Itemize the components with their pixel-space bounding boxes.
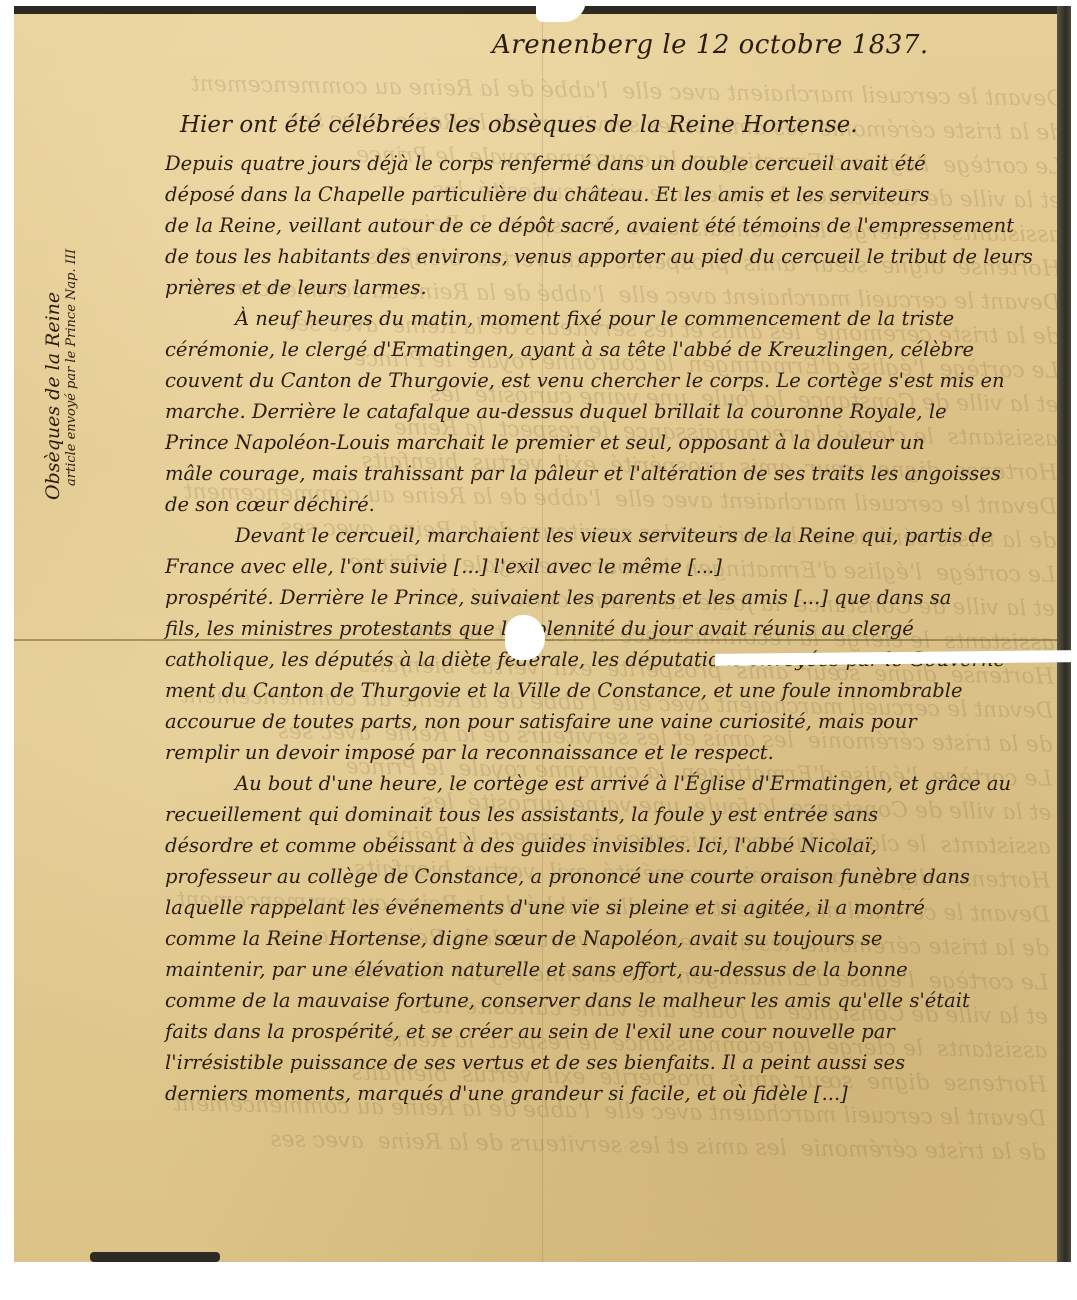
manuscript-line: de tous les habitants des environs, venu… [165, 241, 1045, 272]
paper-hole [505, 615, 545, 660]
manuscript-line: recueillement qui dominait tous les assi… [165, 799, 1045, 830]
manuscript-line: Au bout d'une heure, le cortège est arri… [165, 768, 1045, 799]
dateline: Arenenberg le 12 octobre 1837. [492, 30, 929, 60]
manuscript-line: laquelle rappelant les événements d'une … [165, 892, 1045, 923]
letter-body: Depuis quatre jours déjà le corps renfer… [165, 148, 1045, 1109]
manuscript-line: de son cœur déchiré. [165, 489, 1045, 520]
margin-note-subtitle: article envoyé par le Prince Nap. III [64, 249, 79, 486]
manuscript-line: prières et de leurs larmes. [165, 272, 1045, 303]
manuscript-line: couvent du Canton de Thurgovie, est venu… [165, 365, 1045, 396]
manuscript-line: ment du Canton de Thurgovie et la Ville … [165, 675, 1045, 706]
manuscript-line: l'irrésistible puissance de ses vertus e… [165, 1047, 1045, 1078]
manuscript-line: Depuis quatre jours déjà le corps renfer… [165, 148, 1045, 179]
manuscript-line: de la Reine, veillant autour de ce dépôt… [165, 210, 1045, 241]
letter-heading: Hier ont été célébrées les obsèques de l… [180, 112, 858, 138]
paper-missing-bottom [0, 1262, 1077, 1300]
manuscript-line: comme la Reine Hortense, digne sœur de N… [165, 923, 1045, 954]
manuscript-line: professeur au collège de Constance, a pr… [165, 861, 1045, 892]
manuscript-line: accourue de toutes parts, non pour satis… [165, 706, 1045, 737]
manuscript-line: Devant le cercueil, marchaient les vieux… [165, 520, 1045, 551]
manuscript-line: fils, les ministres protestants que la s… [165, 613, 1045, 644]
manuscript-line: faits dans la prospérité, et se créer au… [165, 1016, 1045, 1047]
margin-note-title: Obsèques de la Reine [42, 249, 64, 500]
page-fold-shadow [90, 1252, 220, 1262]
page-edge-shadow [1057, 6, 1071, 1266]
manuscript-line: France avec elle, l'ont suivie [...] l'e… [165, 551, 1045, 582]
manuscript-line: maintenir, par une élévation naturelle e… [165, 954, 1045, 985]
manuscript-line: désordre et comme obéissant à des guides… [165, 830, 1045, 861]
manuscript-line: Prince Napoléon-Louis marchait le premie… [165, 427, 1045, 458]
manuscript-line: comme de la mauvaise fortune, conserver … [165, 985, 1045, 1016]
manuscript-line: mâle courage, mais trahissant par la pâl… [165, 458, 1045, 489]
manuscript-line: cérémonie, le clergé d'Ermatingen, ayant… [165, 334, 1045, 365]
manuscript-line: déposé dans la Chapelle particulière du … [165, 179, 1045, 210]
manuscript-line: derniers moments, marqués d'une grandeur… [165, 1078, 1045, 1109]
margin-annotation: Obsèques de la Reine article envoyé par … [42, 249, 79, 500]
manuscript-line: marche. Derrière le catafalque au-dessus… [165, 396, 1045, 427]
manuscript-line: remplir un devoir imposé par la reconnai… [165, 737, 1045, 768]
manuscript-line: prospérité. Derrière le Prince, suivaien… [165, 582, 1045, 613]
manuscript-line: À neuf heures du matin, moment fixé pour… [165, 303, 1045, 334]
